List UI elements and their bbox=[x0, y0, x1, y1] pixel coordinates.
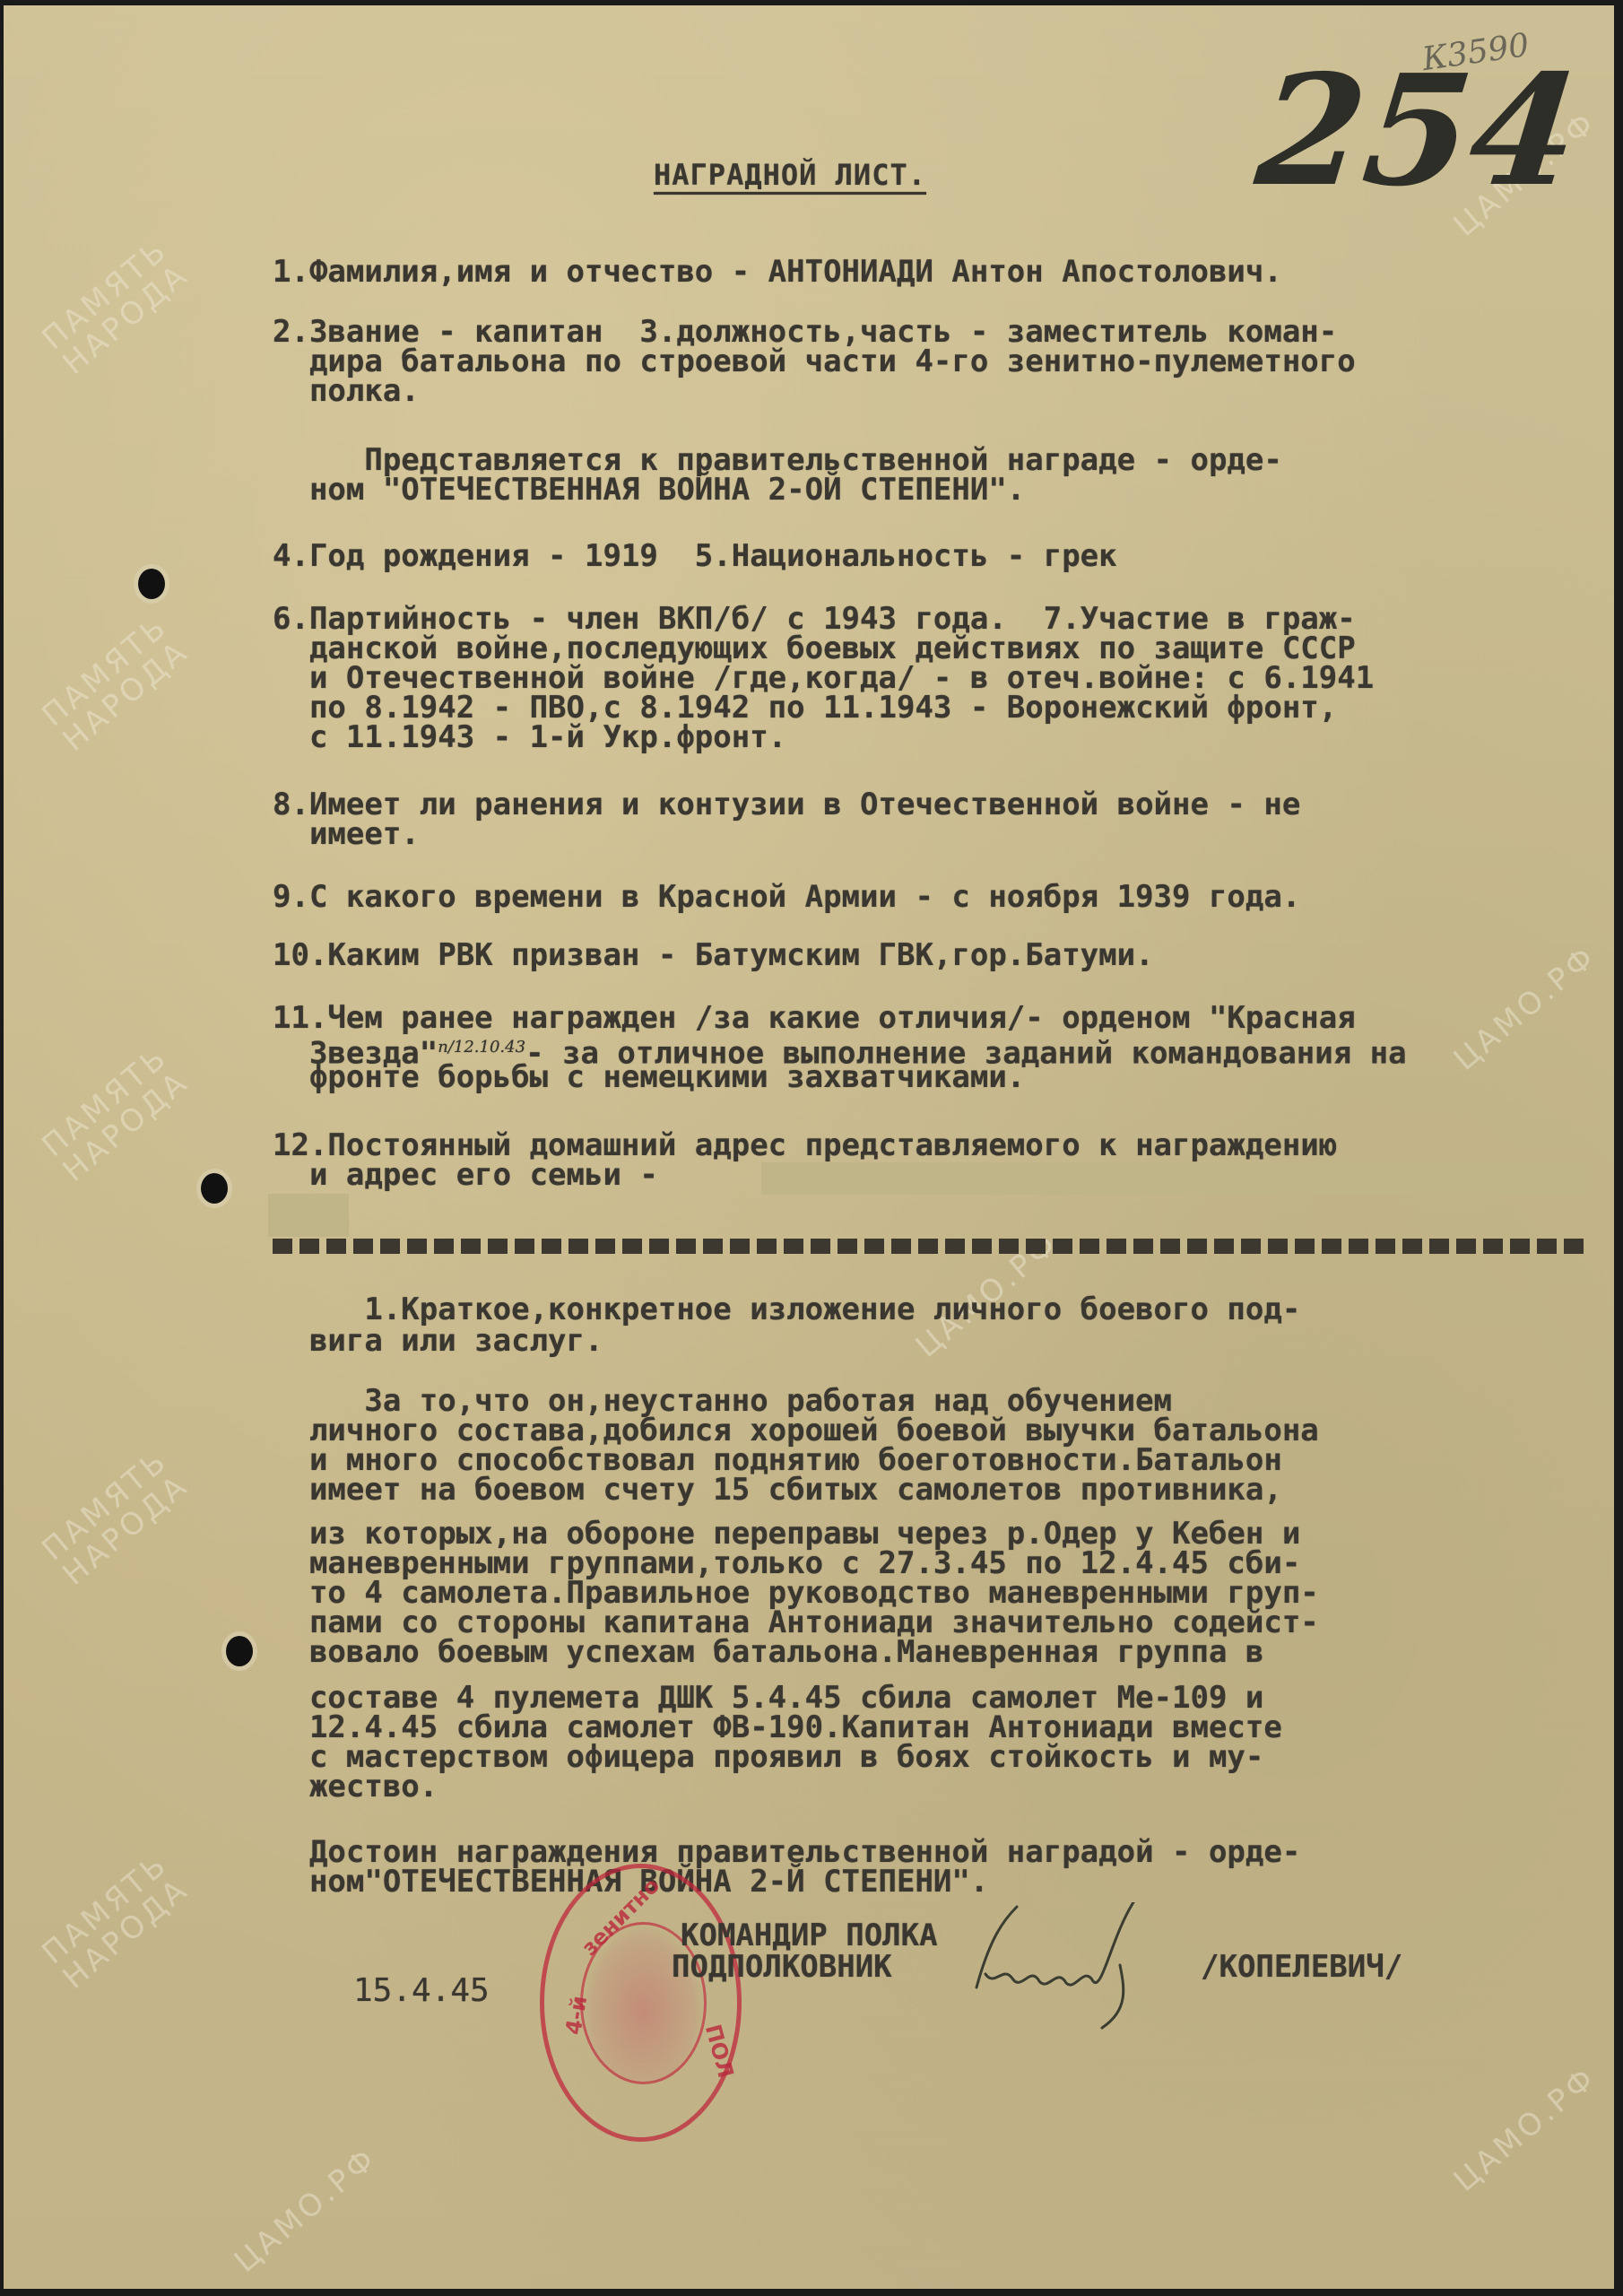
item-8-wounds: 8.Имеет ли ранения и контузии в Отечеств… bbox=[273, 787, 1300, 822]
award-nomination-cont: ном "ОТЕЧЕСТВЕННАЯ ВОЙНА 2-ОЙ СТЕПЕНИ". bbox=[273, 473, 1025, 507]
item-2-rank-position-cont: полка. bbox=[273, 374, 420, 408]
award-sheet-page: ПАМЯТЬНАРОДА ПАМЯТЬНАРОДА ПАМЯТЬНАРОДА П… bbox=[4, 5, 1614, 2289]
section-feat-heading-cont: вига или заслуг. bbox=[273, 1324, 603, 1358]
item-11-previous-awards-cont: фронте борьбы с немецкими захватчиками. bbox=[273, 1060, 1025, 1094]
narrative-line: имеет на боевом счету 15 сбитых самолето… bbox=[273, 1473, 1282, 1507]
punch-hole bbox=[226, 1636, 253, 1666]
punch-hole bbox=[138, 569, 165, 599]
watermark-pamyat-naroda: ПАМЯТЬНАРОДА bbox=[37, 1848, 195, 1995]
watermark-pamyat-naroda: ПАМЯТЬНАРОДА bbox=[37, 1444, 195, 1591]
item-4-5-birth-nationality: 4.Год рождения - 1919 5.Национальность -… bbox=[273, 539, 1117, 573]
item-9-service-since: 9.С какого времени в Красной Армии - с н… bbox=[273, 880, 1300, 914]
redacted-address-block bbox=[268, 1194, 349, 1237]
handwritten-signature bbox=[968, 1902, 1192, 2037]
signatory-rank: ПОДПОЛКОВНИК bbox=[672, 1950, 892, 1984]
document-title: НАГРАДНОЙ ЛИСТ. bbox=[654, 158, 926, 192]
watermark-tsamo: ЦАМО.РФ bbox=[1448, 940, 1602, 1076]
item-6-7-cont: с 11.1943 - 1-й Укр.фронт. bbox=[273, 720, 786, 754]
item-2-rank-position-cont: дира батальона по строевой части 4-го зе… bbox=[273, 344, 1356, 378]
item-1-full-name: 1.Фамилия,имя и отчество - АНТОНИАДИ Ант… bbox=[273, 255, 1282, 289]
watermark-tsamo: ЦАМО.РФ bbox=[229, 2142, 383, 2278]
regiment-seal-stamp: 4-й зенитно ПОЛ bbox=[540, 1864, 742, 2142]
redacted-address-block bbox=[761, 1162, 1586, 1195]
signatory-name: /КОПЕЛЕВИЧ/ bbox=[1201, 1950, 1402, 1984]
section-feat-heading: 1.Краткое,конкретное изложение личного б… bbox=[273, 1292, 1300, 1326]
watermark-tsamo: ЦАМО.РФ bbox=[1448, 2061, 1602, 2197]
narrative-line: вовало боевым успехам батальона.Маневрен… bbox=[273, 1635, 1263, 1669]
document-date: 15.4.45 bbox=[353, 1974, 490, 2008]
stamp-text: ПОЛ bbox=[700, 2022, 739, 2081]
punch-hole bbox=[201, 1173, 228, 1204]
handwritten-award-date-note: п/12.10.43 bbox=[438, 1038, 525, 1057]
item-8-wounds-cont: имеет. bbox=[273, 817, 420, 851]
signatory-position: КОМАНДИР ПОЛКА bbox=[681, 1918, 938, 1952]
section-divider bbox=[273, 1239, 1586, 1254]
watermark-pamyat-naroda: ПАМЯТЬНАРОДА bbox=[37, 233, 195, 380]
page-number-handwritten: 254 bbox=[1249, 41, 1586, 221]
narrative-line: жество. bbox=[273, 1770, 438, 1804]
watermark-pamyat-naroda: ПАМЯТЬНАРОДА bbox=[37, 1040, 195, 1187]
watermark-pamyat-naroda: ПАМЯТЬНАРОДА bbox=[37, 610, 195, 757]
item-12-family-address: и адрес его семьи - bbox=[273, 1158, 658, 1192]
item-10-draft-office: 10.Каким РВК призван - Батумским ГВК,гор… bbox=[273, 938, 1154, 972]
